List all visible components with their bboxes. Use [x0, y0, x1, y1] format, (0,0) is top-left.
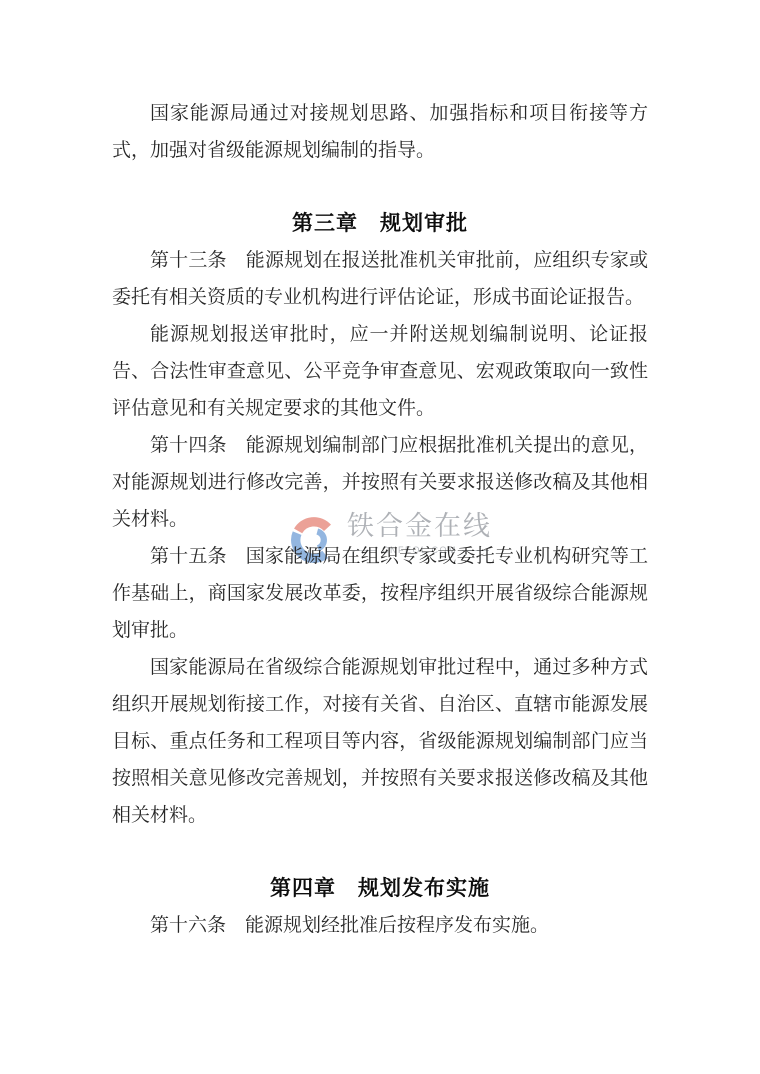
paragraph-submission-documents: 能源规划报送审批时，应一并附送规划编制说明、论证报告、合法性审查意见、公平竞争审…: [112, 316, 648, 427]
chapter-3-heading: 第三章 规划审批: [112, 205, 648, 242]
paragraph-article-15: 第十五条 国家能源局在组织专家或委托专业机构研究等工作基础上，商国家发展改革委，…: [112, 538, 648, 649]
paragraph-guidance: 国家能源局通过对接规划思路、加强指标和项目衔接等方式，加强对省级能源规划编制的指…: [112, 95, 648, 169]
document-page: 铁合金在线 CNFEOL.COM 国家能源局通过对接规划思路、加强指标和项目衔接…: [0, 0, 760, 1074]
paragraph-article-13: 第十三条 能源规划在报送批准机关审批前，应组织专家或委托有相关资质的专业机构进行…: [112, 242, 648, 316]
paragraph-provincial-review: 国家能源局在省级综合能源规划审批过程中，通过多种方式组织开展规划衔接工作，对接有…: [112, 649, 648, 834]
paragraph-article-16: 第十六条 能源规划经批准后按程序发布实施。: [112, 907, 648, 944]
chapter-4-heading: 第四章 规划发布实施: [112, 870, 648, 907]
document-content: 国家能源局通过对接规划思路、加强指标和项目衔接等方式，加强对省级能源规划编制的指…: [112, 95, 648, 944]
paragraph-article-14: 第十四条 能源规划编制部门应根据批准机关提出的意见，对能源规划进行修改完善，并按…: [112, 427, 648, 538]
